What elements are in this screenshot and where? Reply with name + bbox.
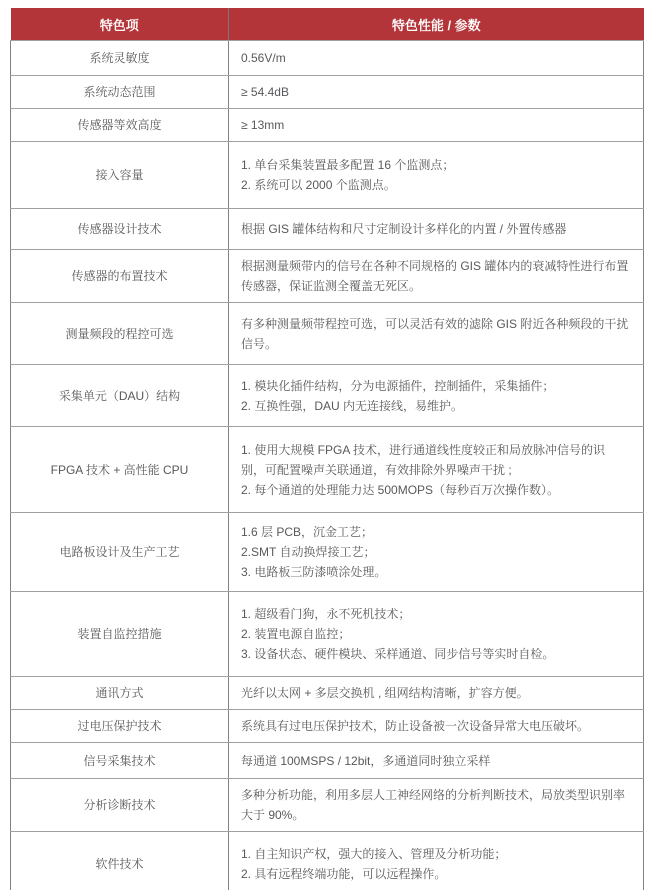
table-row: 信号采集技术每通道 100MSPS / 12bit，多通道同时独立采样 — [11, 743, 644, 779]
feature-cell: 传感器的布置技术 — [11, 250, 229, 303]
feature-cell: FPGA 技术 + 高性能 CPU — [11, 427, 229, 513]
value-line: 光纤以太网 + 多层交换机 , 组网结构清晰，扩容方便。 — [241, 683, 629, 703]
table-row: 采集单元（DAU）结构1. 模块化插件结构，分为电源插件，控制插件，采集插件；2… — [11, 365, 644, 427]
table-row: 接入容量1. 单台采集装置最多配置 16 个监测点；2. 系统可以 2000 个… — [11, 142, 644, 209]
value-line: 1. 模块化插件结构，分为电源插件，控制插件，采集插件； — [241, 376, 629, 396]
feature-cell: 装置自监控措施 — [11, 592, 229, 677]
value-cell: 1. 超级看门狗，永不死机技术；2. 装置电源自监控；3. 设备状态、硬件模块、… — [229, 592, 644, 677]
value-line: 3. 设备状态、硬件模块、采样通道、同步信号等实时自检。 — [241, 644, 629, 664]
value-line: 1. 超级看门狗，永不死机技术； — [241, 604, 629, 624]
table-row: 传感器设计技术根据 GIS 罐体结构和尺寸定制设计多样化的内置 / 外置传感器 — [11, 209, 644, 250]
value-line: 2. 具有远程终端功能，可以远程操作。 — [241, 864, 629, 884]
value-line: 2. 互换性强，DAU 内无连接线，易维护。 — [241, 396, 629, 416]
value-line: 1.6 层 PCB，沉金工艺； — [241, 522, 629, 542]
feature-cell: 采集单元（DAU）结构 — [11, 365, 229, 427]
header-row: 特色项 特色性能 / 参数 — [11, 8, 644, 41]
table-row: 系统灵敏度0.56V/m — [11, 41, 644, 76]
value-line: 系统具有过电压保护技术，防止设备被一次设备异常大电压破坏。 — [241, 716, 629, 736]
feature-cell: 传感器等效高度 — [11, 109, 229, 142]
table-row: 传感器等效高度≥ 13mm — [11, 109, 644, 142]
feature-cell: 接入容量 — [11, 142, 229, 209]
table-row: 过电压保护技术系统具有过电压保护技术，防止设备被一次设备异常大电压破坏。 — [11, 710, 644, 743]
value-line: 2.SMT 自动换焊接工艺； — [241, 542, 629, 562]
value-line: 1. 自主知识产权，强大的接入、管理及分析功能； — [241, 844, 629, 864]
value-cell: 1. 单台采集装置最多配置 16 个监测点；2. 系统可以 2000 个监测点。 — [229, 142, 644, 209]
value-cell: 1. 模块化插件结构，分为电源插件，控制插件，采集插件；2. 互换性强，DAU … — [229, 365, 644, 427]
table-row: 分析诊断技术多种分析功能，利用多层人工神经网络的分析判断技术，局放类型识别率大于… — [11, 779, 644, 832]
value-line: ≥ 54.4dB — [241, 82, 629, 102]
feature-cell: 系统动态范围 — [11, 76, 229, 109]
value-line: ≥ 13mm — [241, 115, 629, 135]
value-line: 2. 装置电源自监控； — [241, 624, 629, 644]
value-cell: 1. 使用大规模 FPGA 技术，进行通道线性度较正和局放脉冲信号的识别，可配置… — [229, 427, 644, 513]
table-row: 通讯方式光纤以太网 + 多层交换机 , 组网结构清晰，扩容方便。 — [11, 677, 644, 710]
feature-cell: 测量频段的程控可选 — [11, 303, 229, 365]
table-row: 软件技术1. 自主知识产权，强大的接入、管理及分析功能；2. 具有远程终端功能，… — [11, 832, 644, 890]
value-line: 有多种测量频带程控可选，可以灵活有效的滤除 GIS 附近各种频段的干扰信号。 — [241, 314, 629, 354]
feature-cell: 系统灵敏度 — [11, 41, 229, 76]
table-row: 电路板设计及生产工艺1.6 层 PCB，沉金工艺；2.SMT 自动换焊接工艺；3… — [11, 513, 644, 592]
value-cell: 根据测量频带内的信号在各种不同规格的 GIS 罐体内的衰减特性进行布置传感器，保… — [229, 250, 644, 303]
feature-cell: 通讯方式 — [11, 677, 229, 710]
table-row: 测量频段的程控可选有多种测量频带程控可选，可以灵活有效的滤除 GIS 附近各种频… — [11, 303, 644, 365]
value-cell: 多种分析功能，利用多层人工神经网络的分析判断技术，局放类型识别率大于 90%。 — [229, 779, 644, 832]
page: 特色项 特色性能 / 参数 系统灵敏度0.56V/m系统动态范围≥ 54.4dB… — [0, 0, 652, 890]
value-cell: 0.56V/m — [229, 41, 644, 76]
value-line: 根据测量频带内的信号在各种不同规格的 GIS 罐体内的衰减特性进行布置传感器，保… — [241, 256, 629, 296]
value-cell: ≥ 54.4dB — [229, 76, 644, 109]
value-line: 多种分析功能，利用多层人工神经网络的分析判断技术，局放类型识别率大于 90%。 — [241, 785, 629, 825]
value-cell: 根据 GIS 罐体结构和尺寸定制设计多样化的内置 / 外置传感器 — [229, 209, 644, 250]
value-cell: 系统具有过电压保护技术，防止设备被一次设备异常大电压破坏。 — [229, 710, 644, 743]
feature-cell: 信号采集技术 — [11, 743, 229, 779]
value-line: 1. 单台采集装置最多配置 16 个监测点； — [241, 155, 629, 175]
feature-spec-table: 特色项 特色性能 / 参数 系统灵敏度0.56V/m系统动态范围≥ 54.4dB… — [10, 8, 644, 890]
value-line: 3. 电路板三防漆喷涂处理。 — [241, 562, 629, 582]
table-row: 系统动态范围≥ 54.4dB — [11, 76, 644, 109]
feature-cell: 软件技术 — [11, 832, 229, 890]
value-line: 1. 使用大规模 FPGA 技术，进行通道线性度较正和局放脉冲信号的识别，可配置… — [241, 440, 629, 480]
feature-cell: 电路板设计及生产工艺 — [11, 513, 229, 592]
feature-cell: 过电压保护技术 — [11, 710, 229, 743]
value-line: 2. 系统可以 2000 个监测点。 — [241, 175, 629, 195]
table-header: 特色项 特色性能 / 参数 — [11, 8, 644, 41]
feature-cell: 分析诊断技术 — [11, 779, 229, 832]
table-body: 系统灵敏度0.56V/m系统动态范围≥ 54.4dB传感器等效高度≥ 13mm接… — [11, 41, 644, 890]
value-line: 根据 GIS 罐体结构和尺寸定制设计多样化的内置 / 外置传感器 — [241, 219, 629, 239]
value-cell: ≥ 13mm — [229, 109, 644, 142]
value-cell: 每通道 100MSPS / 12bit，多通道同时独立采样 — [229, 743, 644, 779]
value-cell: 光纤以太网 + 多层交换机 , 组网结构清晰，扩容方便。 — [229, 677, 644, 710]
header-cell-performance: 特色性能 / 参数 — [229, 8, 644, 41]
table-row: FPGA 技术 + 高性能 CPU1. 使用大规模 FPGA 技术，进行通道线性… — [11, 427, 644, 513]
table-row: 装置自监控措施1. 超级看门狗，永不死机技术；2. 装置电源自监控；3. 设备状… — [11, 592, 644, 677]
table-row: 传感器的布置技术根据测量频带内的信号在各种不同规格的 GIS 罐体内的衰减特性进… — [11, 250, 644, 303]
value-cell: 1.6 层 PCB，沉金工艺；2.SMT 自动换焊接工艺；3. 电路板三防漆喷涂… — [229, 513, 644, 592]
value-line: 0.56V/m — [241, 48, 629, 68]
value-cell: 有多种测量频带程控可选，可以灵活有效的滤除 GIS 附近各种频段的干扰信号。 — [229, 303, 644, 365]
feature-cell: 传感器设计技术 — [11, 209, 229, 250]
header-cell-feature: 特色项 — [11, 8, 229, 41]
value-cell: 1. 自主知识产权，强大的接入、管理及分析功能；2. 具有远程终端功能，可以远程… — [229, 832, 644, 890]
value-line: 2. 每个通道的处理能力达 500MOPS（每秒百万次操作数）。 — [241, 480, 629, 500]
value-line: 每通道 100MSPS / 12bit，多通道同时独立采样 — [241, 751, 629, 771]
